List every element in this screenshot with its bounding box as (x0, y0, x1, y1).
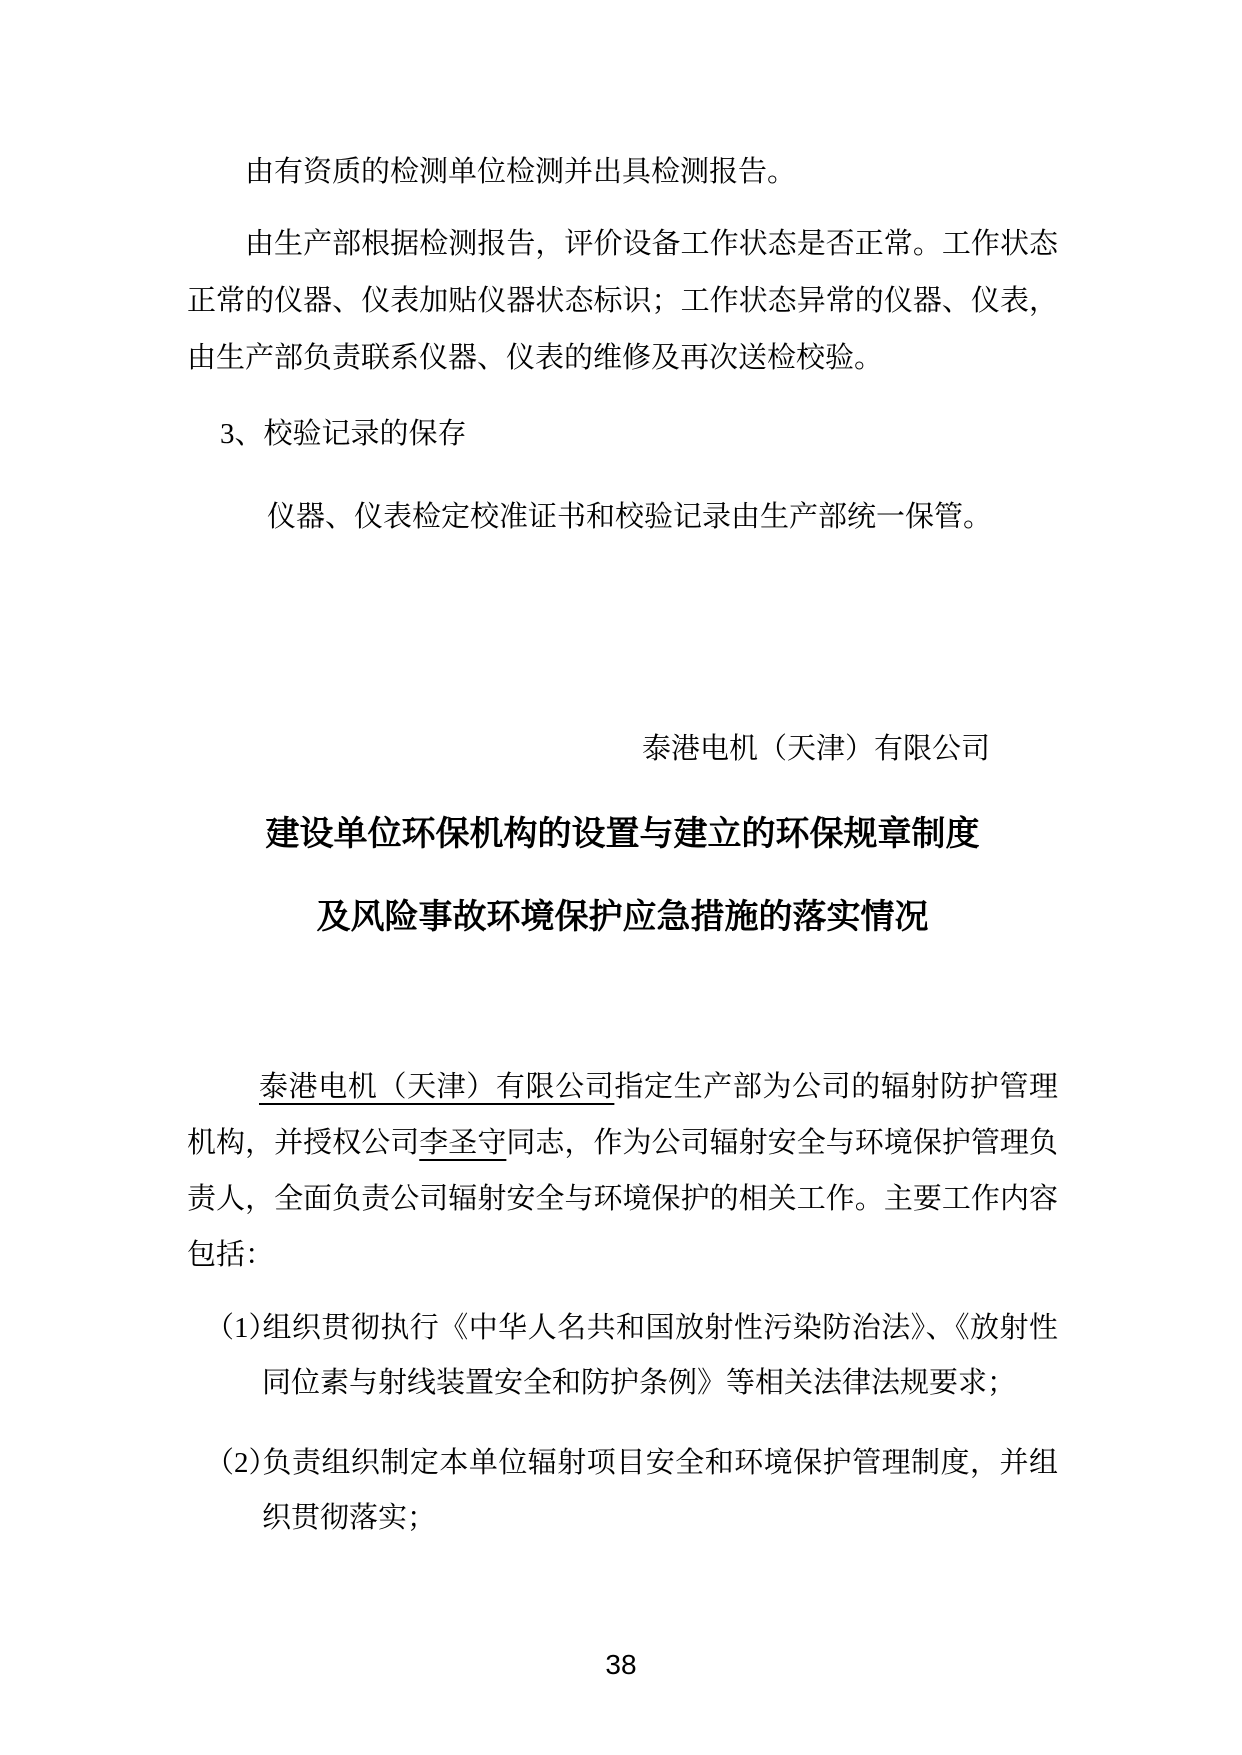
paragraph-equipment-evaluation: 由生产部根据检测报告，评价设备工作状态是否正常。工作状态正常的仪器、仪表加贴仪器… (187, 216, 1058, 387)
person-name-underlined: 李圣守 (419, 1127, 506, 1159)
list-marker-2: （2） (205, 1436, 262, 1491)
paragraph-certificate-storage: 仪器、仪表检定校准证书和校验记录由生产部统一保管。 (187, 489, 1058, 546)
doc-title-line1: 建设单位环保机构的设置与建立的环保规章制度 (187, 806, 1058, 863)
list-text-2: 负责组织制定本单位辐射项目安全和环境保护管理制度，并组织贯彻落实； (262, 1447, 1058, 1534)
paragraph-designation: 泰港电机（天津）有限公司指定生产部为公司的辐射防护管理机构，并授权公司李圣守同志… (187, 1059, 1058, 1283)
list-marker-1: （1） (205, 1301, 262, 1356)
list-text-1: 组织贯彻执行《中华人名共和国放射性污染防治法》、《放射性同位素与射线装置安全和防… (262, 1312, 1058, 1399)
paragraph-inspection-report: 由有资质的检测单位检测并出具检测报告。 (187, 144, 1058, 201)
doc-title-line2: 及风险事故环境保护应急措施的落实情况 (187, 889, 1058, 946)
document-page: 由有资质的检测单位检测并出具检测报告。 由生产部根据检测报告，评价设备工作状态是… (0, 0, 1242, 1755)
list-item-duty-2: （2）负责组织制定本单位辐射项目安全和环境保护管理制度，并组织贯彻落实； (187, 1436, 1058, 1546)
company-name-underlined: 泰港电机（天津）有限公司 (259, 1071, 614, 1103)
heading-calibration-records: 3、校验记录的保存 (187, 406, 1058, 463)
company-signature: 泰港电机（天津）有限公司 (187, 721, 1058, 778)
page-number: 38 (0, 1648, 1242, 1682)
list-item-duty-1: （1）组织贯彻执行《中华人名共和国放射性污染防治法》、《放射性同位素与射线装置安… (187, 1301, 1058, 1411)
